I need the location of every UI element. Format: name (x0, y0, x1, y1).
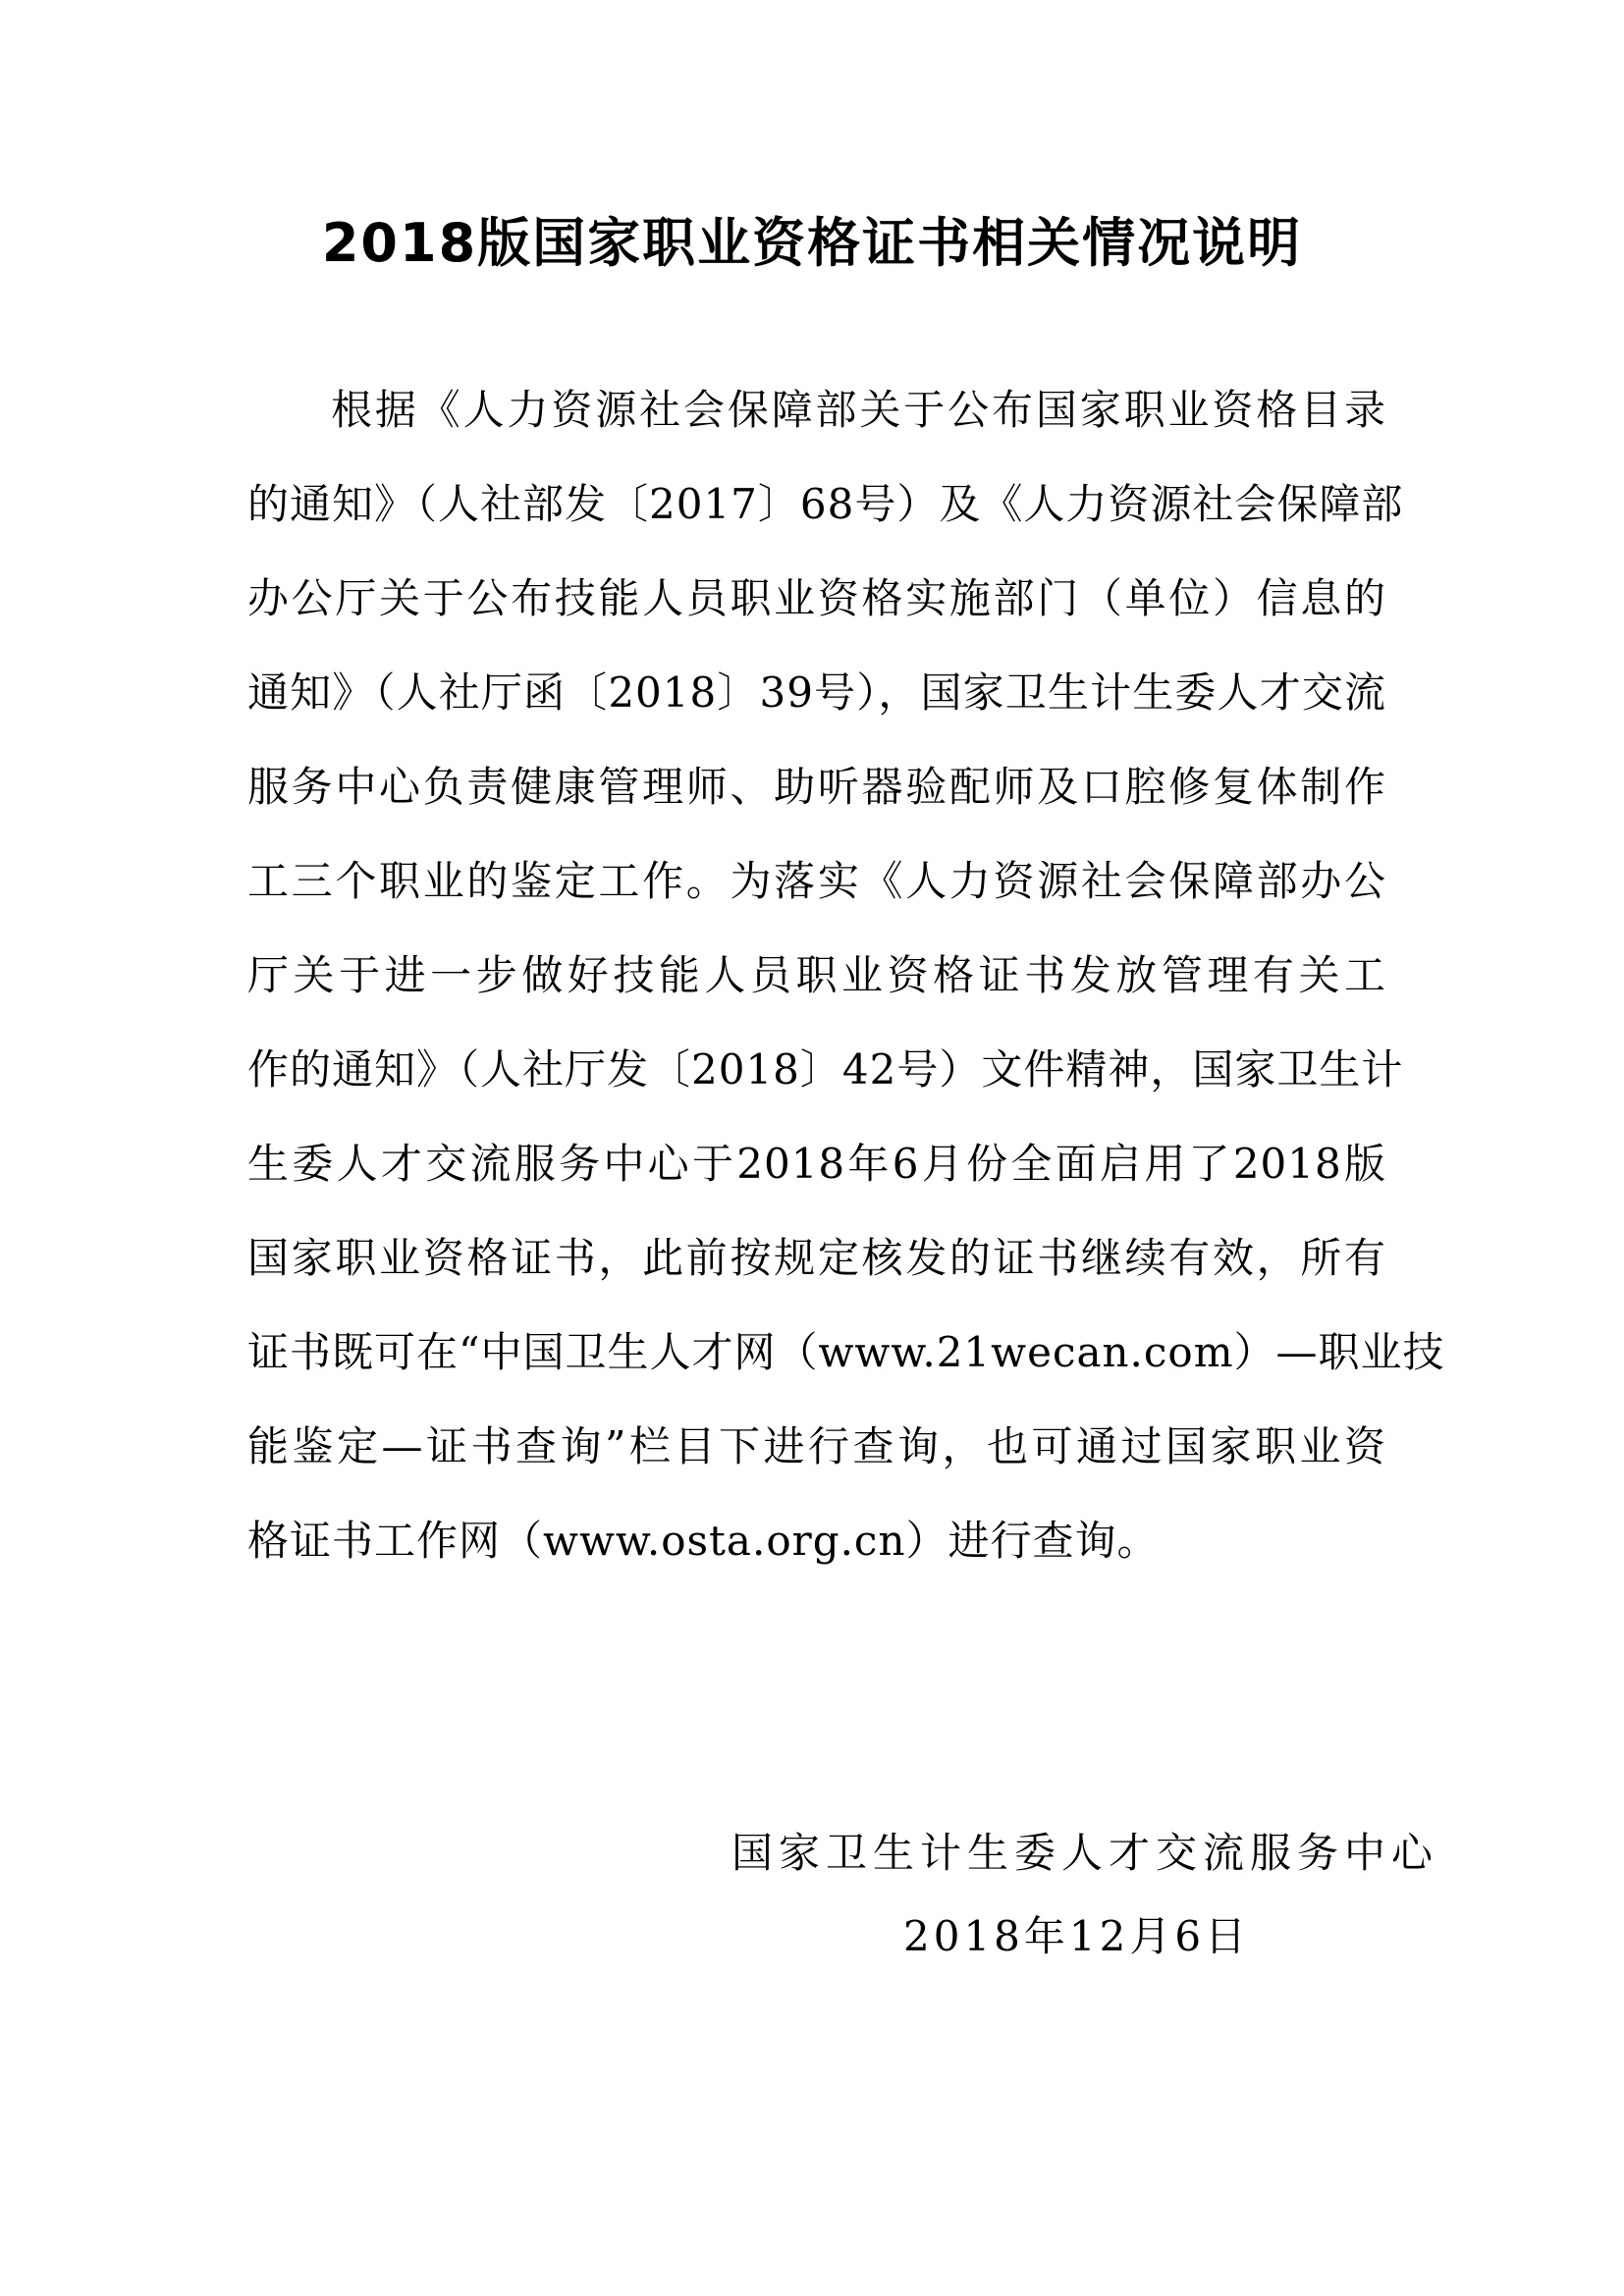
body-line-13: 格证书工作网（www.osta.org.cn）进行查询。 (247, 1512, 1386, 1571)
body-line-4: 通知》（人社厅函〔2018〕39号），国家卫生计生委人才交流 (247, 664, 1386, 722)
body-line-7: 厅关于进一步做好技能人员职业资格证书发放管理有关工 (247, 946, 1386, 1005)
body-line-3: 办公厅关于公布技能人员职业资格实施部门（单位）信息的 (247, 569, 1386, 628)
body-line-5: 服务中心负责健康管理师、助听器验配师及口腔修复体制作 (247, 758, 1386, 817)
body-line-9: 生委人才交流服务中心于2018年6月份全面启用了2018版 (247, 1135, 1386, 1194)
body-line-1: 根据《人力资源社会保障部关于公布国家职业资格目录 (331, 381, 1386, 440)
body-line-6: 工三个职业的鉴定工作。为落实《人力资源社会保障部办公 (247, 852, 1386, 911)
body-line-12: 能鉴定—证书查询”栏目下进行查询，也可通过国家职业资 (247, 1417, 1386, 1476)
body-line-8: 作的通知》（人社厅发〔2018〕42号）文件精神，国家卫生计 (247, 1041, 1386, 1099)
body-line-11: 证书既可在“中国卫生人才网（www.21wecan.com）—职业技 (247, 1323, 1386, 1382)
signature-organization: 国家卫生计生委人才交流服务中心 (731, 1824, 1438, 1883)
body-line-10: 国家职业资格证书，此前按规定核发的证书继续有效，所有 (247, 1229, 1386, 1288)
body-line-2: 的通知》（人社部发〔2017〕68号）及《人力资源社会保障部 (247, 475, 1386, 534)
signature-date: 2018年12月6日 (903, 1907, 1250, 1966)
document-title: 2018版国家职业资格证书相关情况说明 (0, 204, 1624, 283)
document-page: 2018版国家职业资格证书相关情况说明 根据《人力资源社会保障部关于公布国家职业… (0, 0, 1624, 2296)
